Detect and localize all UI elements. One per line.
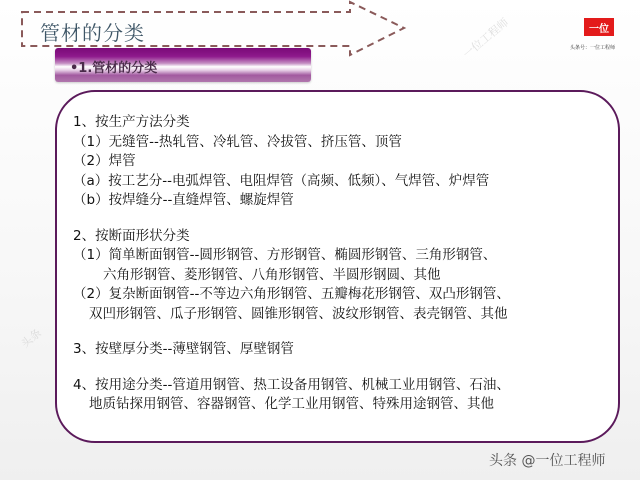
section-line: （b）按焊缝分--直缝焊管、螺旋焊管	[73, 191, 613, 211]
section-line: （2）焊管	[73, 152, 613, 172]
section-heading: 3、按壁厚分类--薄壁钢管、厚壁钢管	[73, 340, 613, 360]
section-line: 地质钻探用钢管、容器钢管、化学工业用钢管、特殊用途钢管、其他	[73, 395, 613, 415]
section-line: 双凹形钢管、瓜子形钢管、圆锥形钢管、波纹形钢管、表壳钢管、其他	[73, 305, 613, 325]
subtitle-label: •1.管材的分类	[70, 57, 157, 76]
section-heading: 4、按用途分类--管道用钢管、热工设备用钢管、机械工业用钢管、石油、	[73, 376, 613, 396]
logo: 一位	[584, 18, 614, 36]
section-line: （2）复杂断面钢管--不等边六角形钢管、五瓣梅花形钢管、双凸形钢管、	[73, 285, 613, 305]
section-line: （a）按工艺分--电弧焊管、电阻焊管（高频、低频）、气焊管、炉焊管	[73, 172, 613, 192]
section-line: （1）无缝管--热轧管、冷轧管、冷拔管、挤压管、顶管	[73, 133, 613, 153]
page-title: 管材的分类	[40, 17, 145, 46]
footer-watermark: 头条 @一位工程师	[489, 450, 605, 470]
section-line: （1）简单断面钢管--圆形钢管、方形钢管、椭圆形钢管、三角形钢管、	[73, 246, 613, 266]
content-body: 1、按生产方法分类 （1）无缝管--热轧管、冷轧管、冷拔管、挤压管、顶管 （2）…	[73, 113, 613, 415]
section-heading: 1、按生产方法分类	[73, 113, 613, 133]
section-heading: 2、按断面形状分类	[73, 227, 613, 247]
logo-caption: 头条号：一位工程师	[570, 44, 615, 51]
section-line: 六角形钢管、菱形钢管、八角形钢管、半圆形钢圆、其他	[73, 266, 613, 286]
